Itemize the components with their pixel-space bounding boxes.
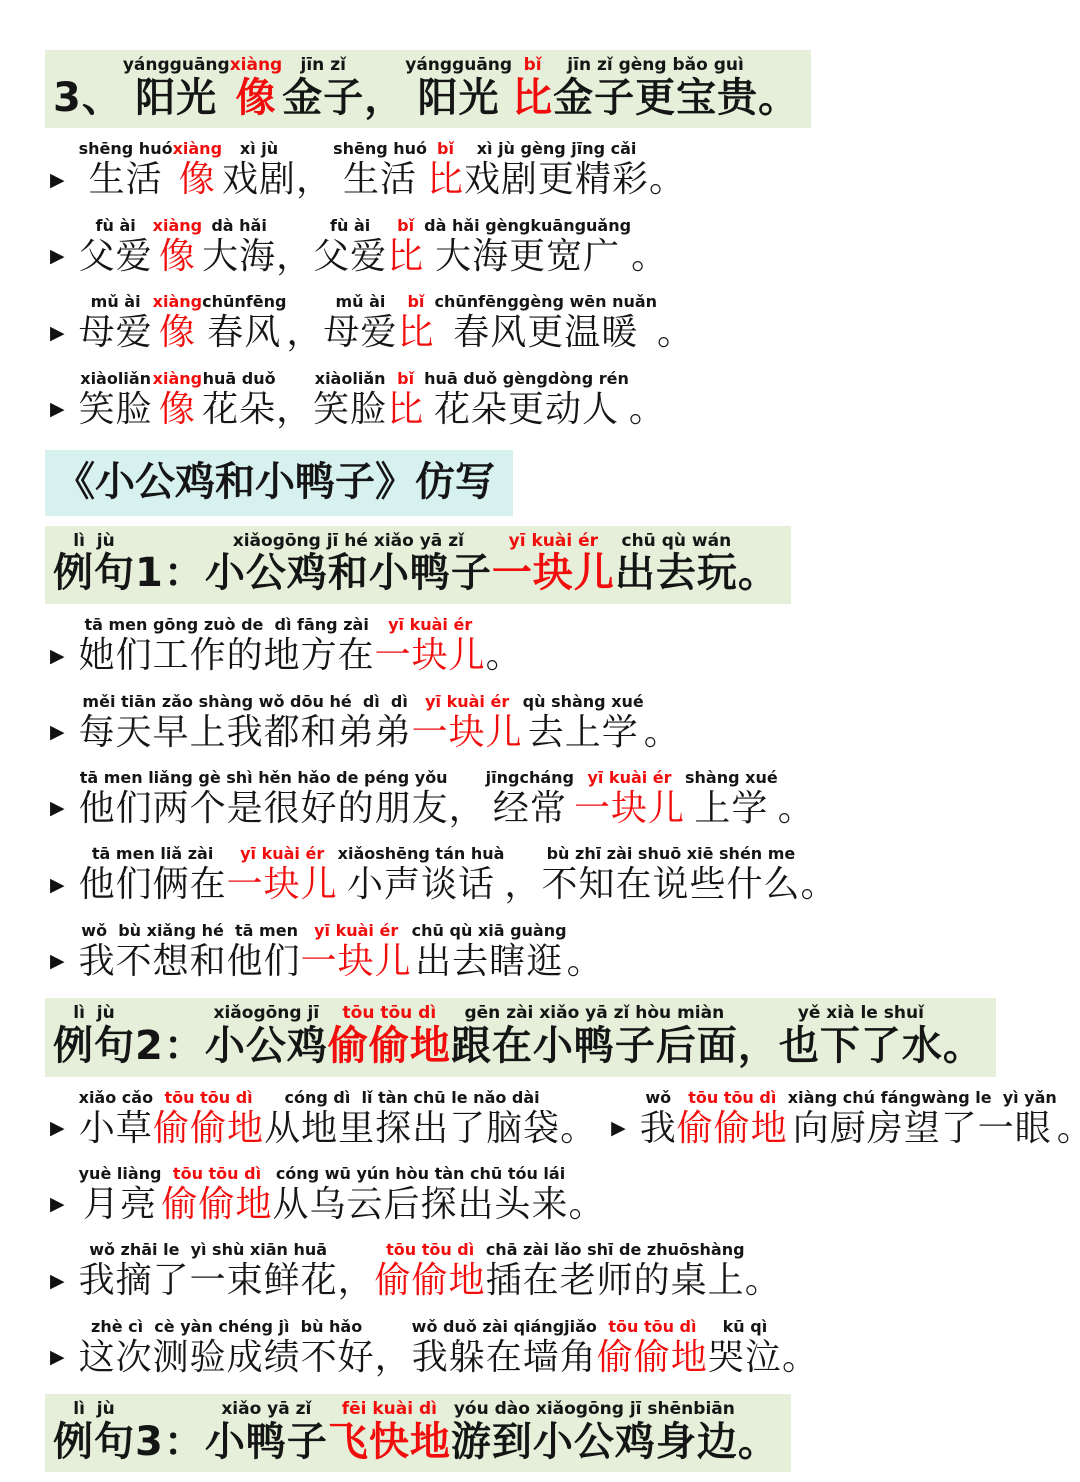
hanzi-text: 上学 [694, 788, 768, 829]
pinyin-text: yóu dào xiǎogōng jī shēnbiān [454, 1400, 735, 1420]
word: 。 [560, 1089, 597, 1149]
pinyin-text: mǔ ài [91, 293, 141, 312]
sentence-row: ▶měi tiān zǎo shàng wǒ dōu hé dì dì每天早上我… [50, 693, 1080, 753]
hanzi-text: ， [276, 236, 313, 277]
highlighted-word: xiàng像 [153, 217, 202, 277]
word: dà hǎi大海 [202, 217, 276, 277]
highlighted-word: tōu tōu dì偷偷地 [328, 1004, 451, 1068]
word: tā men gōng zuò de dì fāng zài她们工作的地方在 [79, 616, 375, 676]
hanzi-text: 比 [387, 389, 424, 430]
hanzi-text: 。 [778, 788, 815, 829]
hanzi-text: 比 [512, 76, 553, 121]
hanzi-text: 像 [159, 236, 196, 277]
hanzi-text: 大海更宽广 [435, 236, 620, 277]
word: yě xià le shuǐ也下了水 [779, 1004, 943, 1068]
hanzi-text: 小草 [79, 1108, 153, 1149]
sentence: fù ài父爱xiàng像dà hǎi大海，fù ài父爱bǐ比dà hǎi g… [79, 217, 668, 277]
pinyin-text: wǒ zhāi le yì shù xiān huā [89, 1241, 327, 1260]
pinyin-text: yī kuài ér [587, 769, 671, 788]
word: 。 [738, 532, 779, 596]
bullet-icon: ▶ [50, 324, 65, 343]
word: ， [738, 1005, 779, 1069]
word: wǒ bù xiǎng hé tā men我不想和他们 [79, 922, 301, 982]
hanzi-text: 一块儿 [574, 788, 685, 829]
word: bù zhī zài shuō xiē shén me不知在说些什么 [541, 845, 800, 905]
hanzi-text: 例句 [53, 1024, 135, 1069]
pinyin-text: jīn zǐ [301, 56, 346, 76]
hanzi-text: 他们俩在 [79, 864, 227, 905]
pinyin-text: xiǎo yā zǐ [221, 1400, 311, 1420]
sentence: yuè liàng月亮tōu tōu dì偷偷地cóng wū yún hòu … [79, 1165, 606, 1225]
sentence-row: ▶wǒ bù xiǎng hé tā men我不想和他们yī kuài ér一块… [50, 922, 1080, 982]
hanzi-text: 生活 [343, 159, 417, 200]
pinyin-text: shēng huó [333, 140, 427, 159]
sentence: měi tiān zǎo shàng wǒ dōu hé dì dì每天早上我都… [79, 693, 681, 753]
sentence-row: ▶zhè cì cè yàn chéng jì bù hǎo这次测验成绩不好，w… [50, 1318, 1080, 1378]
hanzi-text: 也下了水 [779, 1024, 943, 1069]
word: jīn zǐ gèng bǎo guì金子更宝贵 [553, 56, 758, 120]
pinyin-text: xiǎoshēng tán huà [338, 845, 505, 864]
hanzi-text: 偷偷地 [375, 1260, 486, 1301]
highlighted-word: bǐ比 [387, 217, 424, 277]
pinyin-text: měi tiān zǎo shàng wǒ dōu hé dì dì [82, 693, 407, 712]
highlighted-word: tōu tōu dì偷偷地 [677, 1089, 788, 1149]
word: 。 [486, 616, 523, 676]
word: mǔ ài母爱 [323, 293, 397, 353]
word: ， [504, 845, 541, 905]
hanzi-text: 我摘了一束鲜花 [79, 1260, 338, 1301]
pinyin-text: shàng xué [685, 769, 778, 788]
highlighted-word: fēi kuài dì飞快地 [328, 1400, 451, 1464]
word: qù shàng xué去上学 [523, 693, 644, 753]
bullet-icon: ▶ [50, 1195, 65, 1214]
word: tā men liǎng gè shì hěn hǎo de péng yǒu他… [79, 769, 449, 829]
sentence: wǒ bù xiǎng hé tā men我不想和他们yī kuài ér一块儿… [79, 922, 604, 982]
sentence: tā men gōng zuò de dì fāng zài她们工作的地方在yī… [79, 616, 523, 676]
pinyin-text: fù ài [96, 217, 136, 236]
hanzi-text: 比 [397, 312, 434, 353]
sentence-row: ▶yuè liàng月亮tōu tōu dì偷偷地cóng wū yún hòu… [50, 1165, 1080, 1225]
sentence: xiàoliǎn笑脸xiàng像huā duǒ花朵，xiàoliǎn笑脸bǐ比h… [79, 370, 666, 430]
pinyin-text: tōu tōu dì [386, 1241, 474, 1260]
word: 。 [567, 922, 604, 982]
sentence: wǒ zhāi le yì shù xiān huā我摘了一束鲜花，tōu tō… [79, 1241, 782, 1301]
highlighted-word: tōu tōu dì偷偷地 [153, 1089, 264, 1149]
pinyin-text: gēn zài xiǎo yā zǐ hòu miàn [464, 1004, 724, 1024]
word: 。 [569, 1165, 606, 1225]
word: cóng dì lǐ tàn chū le nǎo dài从地里探出了脑袋 [264, 1089, 560, 1149]
sentence: xiǎo cǎo小草tōu tōu dì偷偷地cóng dì lǐ tàn ch… [79, 1089, 597, 1149]
pinyin-text: xiàoliǎn [80, 370, 151, 389]
pinyin-text: chūnfēng [202, 293, 286, 312]
hanzi-text: 一块儿 [227, 864, 338, 905]
hanzi-text: 。 [782, 1337, 819, 1378]
bullet-icon: ▶ [50, 799, 65, 818]
highlighted-word: tōu tōu dì偷偷地 [161, 1165, 272, 1225]
pinyin-text: xiàoliǎn [315, 370, 386, 389]
hanzi-text: 比 [427, 159, 464, 200]
pinyin-text: fēi kuài dì [342, 1400, 437, 1420]
word: fù ài父爱 [313, 217, 387, 277]
pinyin-text: chū qù wán [622, 532, 732, 552]
word: gēn zài xiǎo yā zǐ hòu miàn跟在小鸭子后面 [451, 1004, 738, 1068]
hanzi-text: 这次测验成绩不好 [79, 1337, 375, 1378]
sentence: wǒ我tōu tōu dì偷偷地xiàng chú fángwàng le yì… [640, 1089, 1080, 1149]
pinyin-text: lì jù [73, 1004, 114, 1024]
word: xiàoliǎn笑脸 [79, 370, 153, 430]
pinyin-text: tōu tōu dì [173, 1165, 261, 1184]
hanzi-text: 春风更温暖 [453, 312, 638, 353]
heading-example-1: lì jù例句1：xiǎogōng jī hé xiǎo yā zǐ小公鸡和小鸭… [45, 526, 791, 604]
hanzi-text: 插在老师的桌上 [486, 1260, 745, 1301]
pinyin-text: huā duǒ [203, 370, 276, 389]
word: 。 [758, 57, 799, 121]
highlighted-word: bǐ比 [427, 140, 464, 200]
pinyin-text: cóng wū yún hòu tàn chū tóu lái [276, 1165, 565, 1184]
word: fù ài父爱 [79, 217, 153, 277]
hanzi-text: 春风 [207, 312, 281, 353]
hanzi-text: 偷偷地 [677, 1108, 788, 1149]
hanzi-text: 出去瞎逛 [415, 941, 563, 982]
hanzi-text: 。 [629, 389, 666, 430]
heading-example-3: lì jù例句3：xiǎo yā zǐ小鸭子fēi kuài dì飞快地yóu … [45, 1394, 791, 1472]
word: jīn zǐ金子 [282, 56, 364, 120]
hanzi-text: 。 [758, 76, 799, 121]
hanzi-text: 我不想和他们 [79, 941, 301, 982]
hanzi-text: 经常 [493, 788, 567, 829]
word: tā men liǎ zài他们俩在 [79, 845, 227, 905]
pinyin-text: yuè liàng [79, 1165, 162, 1184]
word: wǒ zhāi le yì shù xiān huā我摘了一束鲜花 [79, 1241, 338, 1301]
sentence-row: ▶wǒ zhāi le yì shù xiān huā我摘了一束鲜花，tōu t… [50, 1241, 1080, 1301]
pinyin-text: fù ài [330, 217, 370, 236]
pinyin-text: chū qù xiā guàng [412, 922, 567, 941]
pinyin-text: tōu tōu dì [343, 1004, 437, 1024]
pinyin-text: tōu tōu dì [688, 1089, 776, 1108]
hanzi-text: 偷偷地 [161, 1184, 272, 1225]
highlighted-word: tōu tōu dì偷偷地 [375, 1241, 486, 1301]
highlighted-word: bǐ比 [387, 370, 424, 430]
highlighted-word: bǐ比 [512, 56, 553, 120]
word: lì jù例句 [53, 1004, 135, 1068]
word: ， [276, 217, 313, 277]
hanzi-text: 花朵更动人 [434, 389, 619, 430]
hanzi-text: 母爱 [323, 312, 397, 353]
pinyin-text: cóng dì lǐ tàn chū le nǎo dài [285, 1089, 540, 1108]
word: xì jù gèng jīng cǎi戏剧更精彩 [464, 140, 649, 200]
hanzi-text: 一块儿 [492, 551, 615, 596]
pinyin-text: lì jù [73, 532, 114, 552]
sentence-row: ▶tā men liǎ zài他们俩在yī kuài ér一块儿xiǎoshēn… [50, 845, 1080, 905]
hanzi-text: 不知在说些什么 [541, 864, 800, 905]
highlighted-word: yī kuài ér一块儿 [301, 922, 412, 982]
pinyin-text: chā zài lǎo shī de zhuōshàng [486, 1241, 745, 1260]
word: 1： [135, 532, 205, 596]
pinyin-text: wǒ [645, 1089, 671, 1108]
pinyin-text: lì jù [73, 1400, 114, 1420]
bullet-icon: ▶ [50, 723, 65, 742]
pinyin-text: bù zhī zài shuō xiē shén me [547, 845, 796, 864]
hanzi-text: 哭泣 [708, 1337, 782, 1378]
bullet-icon: ▶ [50, 1348, 65, 1367]
word: mǔ ài母爱 [79, 293, 153, 353]
highlighted-word: xiàng像 [153, 293, 202, 353]
pinyin-text: xiǎogōng jī hé xiǎo yā zǐ [233, 532, 464, 552]
hanzi-text: 一块儿 [375, 635, 486, 676]
word: 。 [778, 769, 815, 829]
sentence: lì jù例句3：xiǎo yā zǐ小鸭子fēi kuài dì飞快地yóu … [53, 1400, 779, 1464]
hanzi-text: 。 [738, 551, 779, 596]
pinyin-text: tā men liǎng gè shì hěn hǎo de péng yǒu [80, 769, 448, 788]
heading-example-2: lì jù例句2：xiǎogōng jī小公鸡tōu tōu dì偷偷地gēn … [45, 998, 996, 1076]
pinyin-text: yángguāng [123, 56, 230, 76]
hanzi-text: ， [338, 1260, 375, 1301]
sentence: tā men liǎng gè shì hěn hǎo de péng yǒu他… [79, 769, 815, 829]
sentence: 3、yángguāng阳光xiàng像jīn zǐ金子，yángguāng阳光b… [53, 56, 799, 120]
highlighted-word: xiàng像 [173, 140, 222, 200]
pinyin-text: tōu tōu dì [165, 1089, 253, 1108]
pinyin-text: bǐ [407, 293, 424, 312]
hanzi-text: 。 [644, 712, 681, 753]
hanzi-text: 。 [569, 1184, 606, 1225]
hanzi-text: 我躲在墙角 [412, 1337, 597, 1378]
word: shēng huó生活 [79, 140, 173, 200]
highlighted-word: tōu tōu dì偷偷地 [597, 1318, 708, 1378]
sentence: lì jù例句1：xiǎogōng jī hé xiǎo yā zǐ小公鸡和小鸭… [53, 532, 779, 596]
hanzi-text: 金子 [282, 76, 364, 121]
word: kū qì哭泣 [708, 1318, 782, 1378]
hanzi-text: 例句 [53, 1420, 135, 1465]
pinyin-text: xiàng [173, 140, 222, 159]
word: ， [449, 769, 486, 829]
bullet-icon: ▶ [50, 647, 65, 666]
hanzi-text: 。 [657, 312, 694, 353]
word: yángguāng阳光 [123, 56, 230, 120]
heading-sentence-3: 3、yángguāng阳光xiàng像jīn zǐ金子，yángguāng阳光b… [45, 50, 811, 128]
hanzi-text: 。 [745, 1260, 782, 1301]
hanzi-text: 小公鸡和小鸭子 [205, 551, 492, 596]
highlighted-word: yī kuài ér一块儿 [574, 769, 685, 829]
bullet-icon: ▶ [611, 1119, 626, 1138]
pinyin-text: chūnfēnggèng wēn nuǎn [434, 293, 657, 312]
sentence: zhè cì cè yàn chéng jì bù hǎo这次测验成绩不好，wǒ… [79, 1318, 819, 1378]
hanzi-text: 父爱 [313, 236, 387, 277]
bullet-icon: ▶ [50, 876, 65, 895]
pinyin-text: shēng huó [79, 140, 173, 159]
hanzi-text: 从地里探出了脑袋 [264, 1108, 560, 1149]
hanzi-text: ， [375, 1337, 412, 1378]
hanzi-text: 。 [631, 236, 668, 277]
word: ， [296, 140, 333, 200]
hanzi-text: 小鸭子 [205, 1420, 328, 1465]
word: shēng huó生活 [333, 140, 427, 200]
word: xiǎogōng jī小公鸡 [205, 1004, 328, 1068]
pinyin-text: yě xià le shuǐ [798, 1004, 924, 1024]
hanzi-text: ， [364, 76, 405, 121]
word: jīngcháng经常 [486, 769, 574, 829]
sentence-row: ▶tā men gōng zuò de dì fāng zài她们工作的地方在y… [50, 616, 1080, 676]
word: cóng wū yún hòu tàn chū tóu lái从乌云后探出头来 [273, 1165, 569, 1225]
hanzi-text: 2： [135, 1024, 205, 1069]
word: xiǎogōng jī hé xiǎo yā zǐ小公鸡和小鸭子 [205, 532, 492, 596]
pinyin-text: bǐ [397, 370, 414, 389]
word: xiǎoshēng tán huà小声谈话 [338, 845, 505, 905]
bullet-icon: ▶ [50, 1119, 65, 1138]
hanzi-text: 。 [943, 1024, 984, 1069]
pinyin-text: xiǎo cǎo [79, 1089, 153, 1108]
pinyin-text: xì jù [240, 140, 278, 159]
pinyin-text: wǒ duǒ zài qiángjiǎo [412, 1318, 597, 1337]
pinyin-text: xì jù gèng jīng cǎi [477, 140, 637, 159]
highlighted-word: yī kuài ér一块儿 [227, 845, 338, 905]
bullet-icon: ▶ [50, 171, 65, 190]
hanzi-text: 。 [1057, 1108, 1080, 1149]
hanzi-text: 戏剧 [222, 159, 296, 200]
word: chūnfēnggèng wēn nuǎn春风更温暖 [434, 293, 657, 353]
word: měi tiān zǎo shàng wǒ dōu hé dì dì每天早上我都… [79, 693, 412, 753]
sentence-row: ▶shēng huó生活xiàng像xì jù戏剧，shēng huó生活bǐ比… [50, 140, 1080, 200]
word: lì jù例句 [53, 1400, 135, 1464]
hanzi-text: 阳光 [418, 76, 500, 121]
word: yóu dào xiǎogōng jī shēnbiān游到小公鸡身边 [451, 1400, 738, 1464]
highlighted-word: yī kuài ér一块儿 [412, 693, 523, 753]
hanzi-text: 出去玩 [615, 551, 738, 596]
pinyin-text: yī kuài ér [509, 532, 598, 552]
pinyin-text: xiàng [230, 56, 283, 76]
hanzi-text: 父爱 [79, 236, 153, 277]
bullet-icon: ▶ [50, 952, 65, 971]
hanzi-text: 她们工作的地方在 [79, 635, 375, 676]
highlighted-word: xiàng像 [153, 370, 202, 430]
hanzi-text: 偷偷地 [153, 1108, 264, 1149]
word: ， [338, 1241, 375, 1301]
highlighted-word: yī kuài ér一块儿 [375, 616, 486, 676]
hanzi-text: 。 [567, 941, 604, 982]
pinyin-text: yī kuài ér [240, 845, 324, 864]
hanzi-text: 他们两个是很好的朋友 [79, 788, 449, 829]
pinyin-text: yī kuài ér [425, 693, 509, 712]
pinyin-text: zhè cì cè yàn chéng jì bù hǎo [91, 1318, 362, 1337]
hanzi-text: 生活 [89, 159, 163, 200]
pinyin-text: mǔ ài [335, 293, 385, 312]
hanzi-text: 金子更宝贵 [553, 76, 758, 121]
word: 。 [782, 1318, 819, 1378]
hanzi-text: 一块儿 [412, 712, 523, 753]
hanzi-text: 向厨房望了一眼 [793, 1108, 1052, 1149]
word: 。 [943, 1005, 984, 1069]
bullet-icon: ▶ [50, 247, 65, 266]
hanzi-text: 去上学 [528, 712, 639, 753]
hanzi-text: 阳光 [135, 76, 217, 121]
bullet-icon: ▶ [50, 1272, 65, 1291]
word: ， [375, 1318, 412, 1378]
sentence-row: ▶tā men liǎng gè shì hěn hǎo de péng yǒu… [50, 769, 1080, 829]
word: 。 [1057, 1089, 1080, 1149]
pinyin-text: wǒ bù xiǎng hé tā men [81, 922, 298, 941]
pinyin-text: xiàng [153, 370, 202, 389]
word: 3： [135, 1401, 205, 1465]
word: 3、 [53, 57, 123, 121]
word: wǒ duǒ zài qiángjiǎo我躲在墙角 [412, 1318, 597, 1378]
hanzi-text: ， [296, 159, 333, 200]
hanzi-text: 飞快地 [328, 1420, 451, 1465]
word: 。 [657, 293, 694, 353]
sentence-row: ▶mǔ ài母爱xiàng像chūnfēng春风，mǔ ài母爱bǐ比chūnf… [50, 293, 1080, 353]
hanzi-text: 3： [135, 1420, 205, 1465]
hanzi-text: 。 [486, 635, 523, 676]
hanzi-text: ， [738, 1024, 779, 1069]
word: zhè cì cè yàn chéng jì bù hǎo这次测验成绩不好 [79, 1318, 375, 1378]
bullet-icon: ▶ [50, 400, 65, 419]
hanzi-text: 笑脸 [313, 389, 387, 430]
hanzi-text: 月亮 [83, 1184, 157, 1225]
pinyin-text: xiàng chú fángwàng le yì yǎn [788, 1089, 1057, 1108]
word: 。 [745, 1241, 782, 1301]
word: 2： [135, 1005, 205, 1069]
word: xiàng chú fángwàng le yì yǎn向厨房望了一眼 [788, 1089, 1057, 1149]
word: ， [364, 57, 405, 121]
hanzi-text: 像 [159, 312, 196, 353]
hanzi-text: 我 [640, 1108, 677, 1149]
hanzi-text: 3、 [53, 76, 123, 121]
pinyin-text: qù shàng xué [523, 693, 644, 712]
hanzi-text: ， [449, 788, 486, 829]
word: shàng xué上学 [685, 769, 778, 829]
highlighted-word: xiàng像 [230, 56, 283, 120]
word: 。 [800, 845, 837, 905]
word: wǒ我 [640, 1089, 677, 1149]
word: chūnfēng春风 [202, 293, 286, 353]
pinyin-text: bǐ [524, 56, 542, 76]
hanzi-text: 一块儿 [301, 941, 412, 982]
pinyin-text: jīn zǐ gèng bǎo guì [567, 56, 744, 76]
hanzi-text: 小公鸡 [205, 1024, 328, 1069]
hanzi-text: 比 [387, 236, 424, 277]
word: xiǎo cǎo小草 [79, 1089, 153, 1149]
pinyin-text: bǐ [397, 217, 414, 236]
word: yángguāng阳光 [405, 56, 512, 120]
word: xì jù戏剧 [222, 140, 296, 200]
hanzi-text: ， [504, 864, 541, 905]
hanzi-text: 花朵 [202, 389, 276, 430]
hanzi-text: 每天早上我都和弟弟 [79, 712, 412, 753]
hanzi-text: 。 [560, 1108, 597, 1149]
word: chū qù xiā guàng出去瞎逛 [412, 922, 567, 982]
hanzi-text: 。 [738, 1420, 779, 1465]
hanzi-text: 1： [135, 551, 205, 596]
sentence: shēng huó生活xiàng像xì jù戏剧，shēng huó生活bǐ比x… [79, 140, 686, 200]
pinyin-text: dà hǎi [211, 217, 267, 236]
sentence-row: ▶fù ài父爱xiàng像dà hǎi大海，fù ài父爱bǐ比dà hǎi … [50, 217, 1080, 277]
pinyin-text: tōu tōu dì [608, 1318, 696, 1337]
hanzi-text: 像 [179, 159, 216, 200]
word: ， [276, 370, 313, 430]
word: yuè liàng月亮 [79, 1165, 162, 1225]
word: huā duǒ gèngdòng rén花朵更动人 [424, 370, 629, 430]
word: dà hǎi gèngkuānguǎng大海更宽广 [424, 217, 631, 277]
hanzi-text: ， [276, 389, 313, 430]
hanzi-text: 。 [800, 864, 837, 905]
pinyin-text: dà hǎi gèngkuānguǎng [424, 217, 631, 236]
hanzi-text: 母爱 [79, 312, 153, 353]
word: ， [286, 293, 323, 353]
sentence: lì jù例句2：xiǎogōng jī小公鸡tōu tōu dì偷偷地gēn … [53, 1004, 984, 1068]
pinyin-text: yángguāng [405, 56, 512, 76]
worksheet-content: 3、yángguāng阳光xiàng像jīn zǐ金子，yángguāng阳光b… [45, 50, 1080, 1482]
highlighted-word: yī kuài ér一块儿 [492, 532, 615, 596]
pinyin-text: bǐ [437, 140, 454, 159]
pinyin-text: yī kuài ér [388, 616, 472, 635]
